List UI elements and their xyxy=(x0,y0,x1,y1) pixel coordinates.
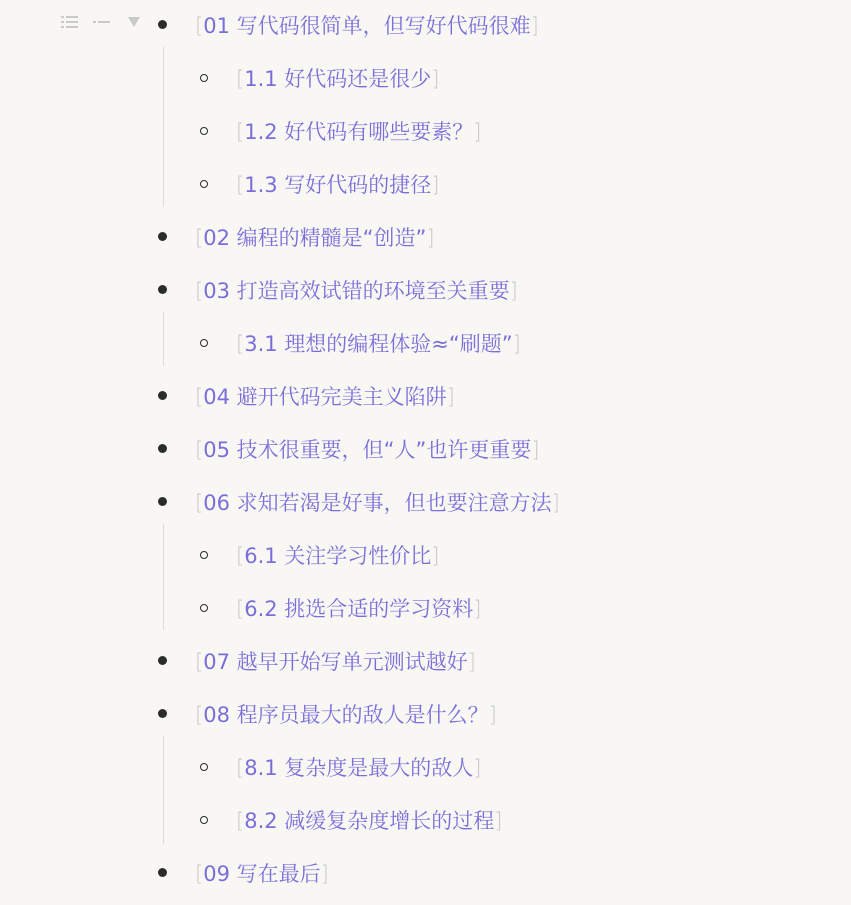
outline-link[interactable]: 8.1 复杂度是最大的敌人 xyxy=(244,758,473,779)
bullet-circle-icon[interactable] xyxy=(200,127,208,135)
bullet-dot-icon[interactable] xyxy=(158,20,167,29)
indent-guide xyxy=(163,736,164,844)
close-bracket: ] xyxy=(468,652,476,673)
open-bracket: [ xyxy=(236,122,244,143)
open-bracket: [ xyxy=(236,175,244,196)
open-bracket: [ xyxy=(195,387,203,408)
outline-link[interactable]: 1.2 好代码有哪些要素？ xyxy=(244,122,473,143)
indent-guide xyxy=(163,524,164,630)
close-bracket: ] xyxy=(473,122,481,143)
outline-link[interactable]: 1.3 写好代码的捷径 xyxy=(244,175,431,196)
bullet-circle-icon[interactable] xyxy=(200,339,208,347)
outline-item[interactable]: [07 越早开始写单元测试越好] xyxy=(195,636,476,689)
bullet-dot-icon[interactable] xyxy=(158,391,167,400)
outline-item[interactable]: [03 打造高效试错的环境至关重要] xyxy=(195,265,518,318)
bullet-circle-icon[interactable] xyxy=(200,551,208,559)
open-bracket: [ xyxy=(236,69,244,90)
close-bracket: ] xyxy=(494,811,502,832)
outline-link[interactable]: 08 程序员最大的敌人是什么？ xyxy=(203,705,488,726)
bullet-dot-icon[interactable] xyxy=(158,709,167,718)
outline-link[interactable]: 8.2 减缓复杂度增长的过程 xyxy=(244,811,494,832)
list-icon[interactable] xyxy=(60,13,80,31)
outline-link[interactable]: 05 技术很重要，但“人”也许更重要 xyxy=(203,440,531,461)
bullet-circle-icon[interactable] xyxy=(200,604,208,612)
open-bracket: [ xyxy=(236,599,244,620)
open-bracket: [ xyxy=(236,758,244,779)
outline-link[interactable]: 6.1 关注学习性价比 xyxy=(244,546,431,567)
close-bracket: ] xyxy=(321,864,329,885)
outline-item[interactable]: [06 求知若渴是好事，但也要注意方法] xyxy=(195,477,560,530)
close-bracket: ] xyxy=(431,175,439,196)
bullet-dot-icon[interactable] xyxy=(158,232,167,241)
bullet-dot-icon[interactable] xyxy=(158,285,167,294)
outline-subitem[interactable]: [1.1 好代码还是很少] xyxy=(236,53,439,106)
close-bracket: ] xyxy=(531,16,539,37)
indent-guide xyxy=(163,312,164,366)
outline-item[interactable]: [02 编程的精髓是“创造”] xyxy=(195,212,435,265)
outline-link[interactable]: 6.2 挑选合适的学习资料 xyxy=(244,599,473,620)
open-bracket: [ xyxy=(236,546,244,567)
close-bracket: ] xyxy=(531,440,539,461)
outline-link[interactable]: 04 避开代码完美主义陷阱 xyxy=(203,387,446,408)
open-bracket: [ xyxy=(195,440,203,461)
outline-link[interactable]: 3.1 理想的编程体验≈“刷题” xyxy=(244,334,512,355)
outline-link[interactable]: 06 求知若渴是好事，但也要注意方法 xyxy=(203,493,551,514)
bullet-dot-icon[interactable] xyxy=(158,444,167,453)
open-bracket: [ xyxy=(195,652,203,673)
bullet-dot-icon[interactable] xyxy=(158,656,167,665)
outline-subitem[interactable]: [6.1 关注学习性价比] xyxy=(236,530,439,583)
outline-link[interactable]: 09 写在最后 xyxy=(203,864,320,885)
outline-toolbar xyxy=(60,12,144,32)
outline-item[interactable]: [04 避开代码完美主义陷阱] xyxy=(195,371,455,424)
outline-link[interactable]: 1.1 好代码还是很少 xyxy=(244,69,431,90)
bullet-circle-icon[interactable] xyxy=(200,180,208,188)
open-bracket: [ xyxy=(195,864,203,885)
close-bracket: ] xyxy=(447,387,455,408)
indent-guide xyxy=(163,47,164,207)
bullet-circle-icon[interactable] xyxy=(200,74,208,82)
outline-link[interactable]: 03 打造高效试错的环境至关重要 xyxy=(203,281,509,302)
outline-item[interactable]: [01 写代码很简单，但写好代码很难] xyxy=(195,0,539,53)
bullet-circle-icon[interactable] xyxy=(200,816,208,824)
close-bracket: ] xyxy=(510,281,518,302)
open-bracket: [ xyxy=(195,705,203,726)
close-bracket: ] xyxy=(552,493,560,514)
outline-item[interactable]: [08 程序员最大的敌人是什么？] xyxy=(195,689,497,742)
outline-link[interactable]: 01 写代码很简单，但写好代码很难 xyxy=(203,16,530,37)
outline-subitem[interactable]: [8.1 复杂度是最大的敌人] xyxy=(236,742,481,795)
outline-link[interactable]: 02 编程的精髓是“创造” xyxy=(203,228,426,249)
outline-item[interactable]: [05 技术很重要，但“人”也许更重要] xyxy=(195,424,540,477)
open-bracket: [ xyxy=(195,281,203,302)
close-bracket: ] xyxy=(473,599,481,620)
bullet-dot-icon[interactable] xyxy=(158,868,167,877)
outline-subitem[interactable]: [8.2 减缓复杂度增长的过程] xyxy=(236,795,502,848)
outline-link[interactable]: 07 越早开始写单元测试越好 xyxy=(203,652,467,673)
close-bracket: ] xyxy=(431,69,439,90)
open-bracket: [ xyxy=(195,493,203,514)
close-bracket: ] xyxy=(513,334,521,355)
open-bracket: [ xyxy=(195,16,203,37)
outline-subitem[interactable]: [6.2 挑选合适的学习资料] xyxy=(236,583,481,636)
open-bracket: [ xyxy=(236,334,244,355)
bullet-circle-icon[interactable] xyxy=(200,763,208,771)
close-bracket: ] xyxy=(426,228,434,249)
open-bracket: [ xyxy=(236,811,244,832)
dash-icon[interactable] xyxy=(92,13,112,31)
bullet-dot-icon[interactable] xyxy=(158,497,167,506)
outline-subitem[interactable]: [1.2 好代码有哪些要素？] xyxy=(236,106,481,159)
close-bracket: ] xyxy=(473,758,481,779)
outline-item[interactable]: [09 写在最后] xyxy=(195,848,329,901)
close-bracket: ] xyxy=(489,705,497,726)
outline-subitem[interactable]: [3.1 理想的编程体验≈“刷题”] xyxy=(236,318,521,371)
close-bracket: ] xyxy=(431,546,439,567)
collapse-triangle-icon[interactable] xyxy=(124,13,144,31)
outline-subitem[interactable]: [1.3 写好代码的捷径] xyxy=(236,159,439,212)
open-bracket: [ xyxy=(195,228,203,249)
